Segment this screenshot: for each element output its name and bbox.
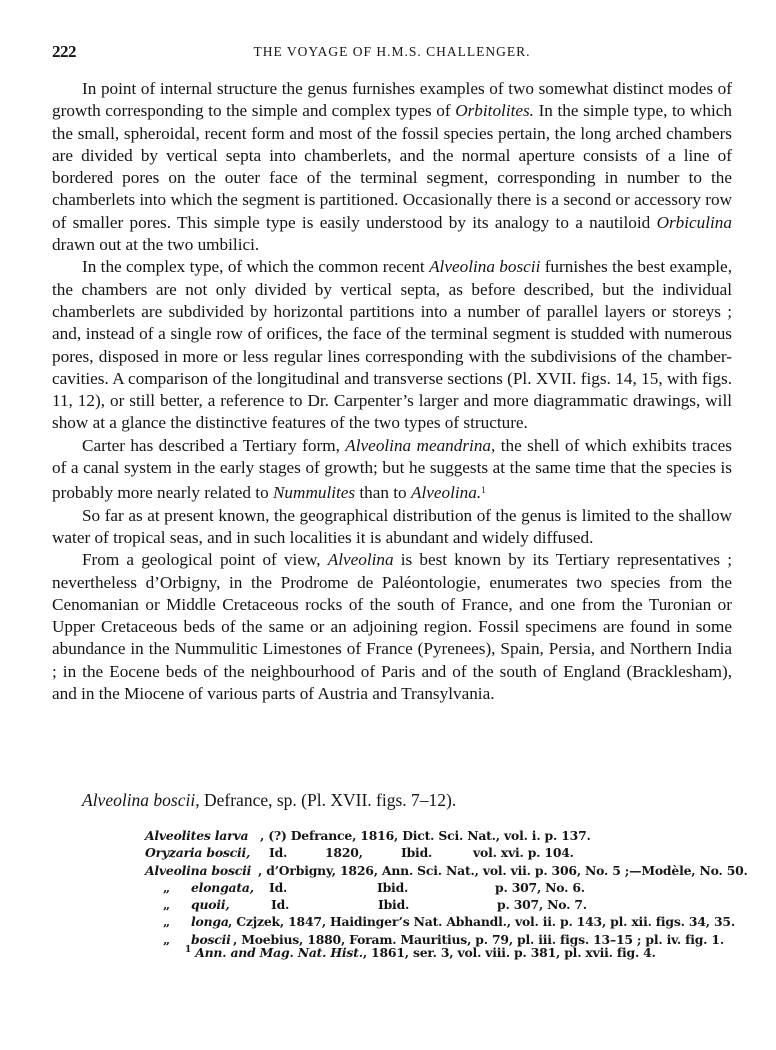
citation-text: Ibid. <box>378 896 409 913</box>
citation-text: , d’Orbigny, 1826, Ann. Sci. Nat., vol. … <box>258 862 748 879</box>
taxon-name: Alveolina boscii <box>145 862 251 879</box>
italic-term: Alveolina boscii <box>429 257 540 276</box>
citation-text: , Czjzek, 1847, Haidinger’s Nat. Abhandl… <box>228 913 735 930</box>
synonymy-list: Alveolites larva, (?) Defrance, 1816, Di… <box>145 827 745 948</box>
citation-text: Ibid. <box>401 844 432 861</box>
citation-text: p. 307, No. 7. <box>497 896 587 913</box>
paragraph-complex-type: In the complex type, of which the common… <box>52 256 732 434</box>
citation-text: , (?) Defrance, 1816, Dict. Sci. Nat., v… <box>260 827 591 844</box>
text-run: drawn out at the two umbilici. <box>52 235 259 254</box>
species-name: Alveolina boscii <box>82 790 195 810</box>
synonymy-entry: „quoii,Id.Ibid.p. 307, No. 7. <box>145 896 745 913</box>
paragraph-carter-tertiary: Carter has described a Tertiary form, Al… <box>52 435 732 505</box>
citation-text: „ <box>163 913 170 930</box>
citation-text: „ <box>163 879 170 896</box>
species-authority: , Defrance, sp. (Pl. XVII. figs. 7–12). <box>195 790 456 810</box>
species-heading: Alveolina boscii, Defrance, sp. (Pl. XVI… <box>82 790 456 811</box>
synonymy-entry: Oryzaria boscii,Id.1820,Ibid.vol. xvi. p… <box>145 844 745 861</box>
citation-text: p. 307, No. 6. <box>495 879 585 896</box>
italic-term: Alveolina <box>328 550 394 569</box>
italic-term: Nummulites <box>273 483 355 502</box>
footnote: 1 Ann. and Mag. Nat. Hist., 1861, ser. 3… <box>185 945 656 960</box>
text-run: From a geological point of view, <box>82 550 328 569</box>
text-run: than to <box>355 483 411 502</box>
footnote-marker: 1 <box>185 945 191 955</box>
taxon-name: elongata, <box>191 879 254 896</box>
citation-text: „ <box>163 896 170 913</box>
italic-term: Alveolina meandrina <box>345 436 491 455</box>
paragraph-structure: In point of internal structure the genus… <box>52 78 732 256</box>
synonymy-entry: Alveolites larva, (?) Defrance, 1816, Di… <box>145 827 745 844</box>
citation-text: vol. xvi. p. 104. <box>473 844 574 861</box>
paragraph-geology: From a geological point of view, Alveoli… <box>52 549 732 705</box>
italic-term: Orbiculina <box>657 213 732 232</box>
italic-term: Alveolina. <box>411 483 481 502</box>
taxon-name: quoii, <box>191 896 229 913</box>
text-run: furnishes the best example, the chambers… <box>52 257 732 432</box>
text-run: Carter has described a Tertiary form, <box>82 436 345 455</box>
synonymy-entry: „elongata,Id.Ibid.p. 307, No. 6. <box>145 879 745 896</box>
synonymy-entry: „longa, Czjzek, 1847, Haidinger’s Nat. A… <box>145 913 745 930</box>
citation-text: Ibid. <box>377 879 408 896</box>
citation-text: „ <box>163 931 170 948</box>
running-title: THE VOYAGE OF H.M.S. CHALLENGER. <box>52 44 732 60</box>
taxon-name: Oryzaria boscii, <box>145 844 250 861</box>
footnote-citation: , 1861, ser. 3, vol. viii. p. 381, pl. x… <box>363 945 656 960</box>
citation-text: Id. <box>269 879 287 896</box>
text-run: is best known by its Tertiary representa… <box>52 550 732 703</box>
text-run: So far as at present known, the geograph… <box>52 506 732 547</box>
synonymy-entry: Alveolina boscii, d’Orbigny, 1826, Ann. … <box>145 862 745 879</box>
paragraph-distribution: So far as at present known, the geograph… <box>52 505 732 550</box>
book-page: 222 THE VOYAGE OF H.M.S. CHALLENGER. In … <box>0 0 776 1050</box>
citation-text: Id. <box>269 844 287 861</box>
citation-text: Id. <box>271 896 289 913</box>
text-run: In the complex type, of which the common… <box>82 257 429 276</box>
italic-term: Orbitolites. <box>455 101 534 120</box>
text-run: In the simple type, to which the small, … <box>52 101 732 231</box>
footnote-journal: Ann. and Mag. Nat. Hist. <box>195 945 363 960</box>
citation-text: 1820, <box>325 844 363 861</box>
taxon-name: Alveolites larva <box>145 827 248 844</box>
body-text: In point of internal structure the genus… <box>52 78 732 705</box>
footnote-ref: 1 <box>481 485 486 495</box>
taxon-name: longa <box>191 913 229 930</box>
page-header: 222 THE VOYAGE OF H.M.S. CHALLENGER. <box>52 42 732 64</box>
